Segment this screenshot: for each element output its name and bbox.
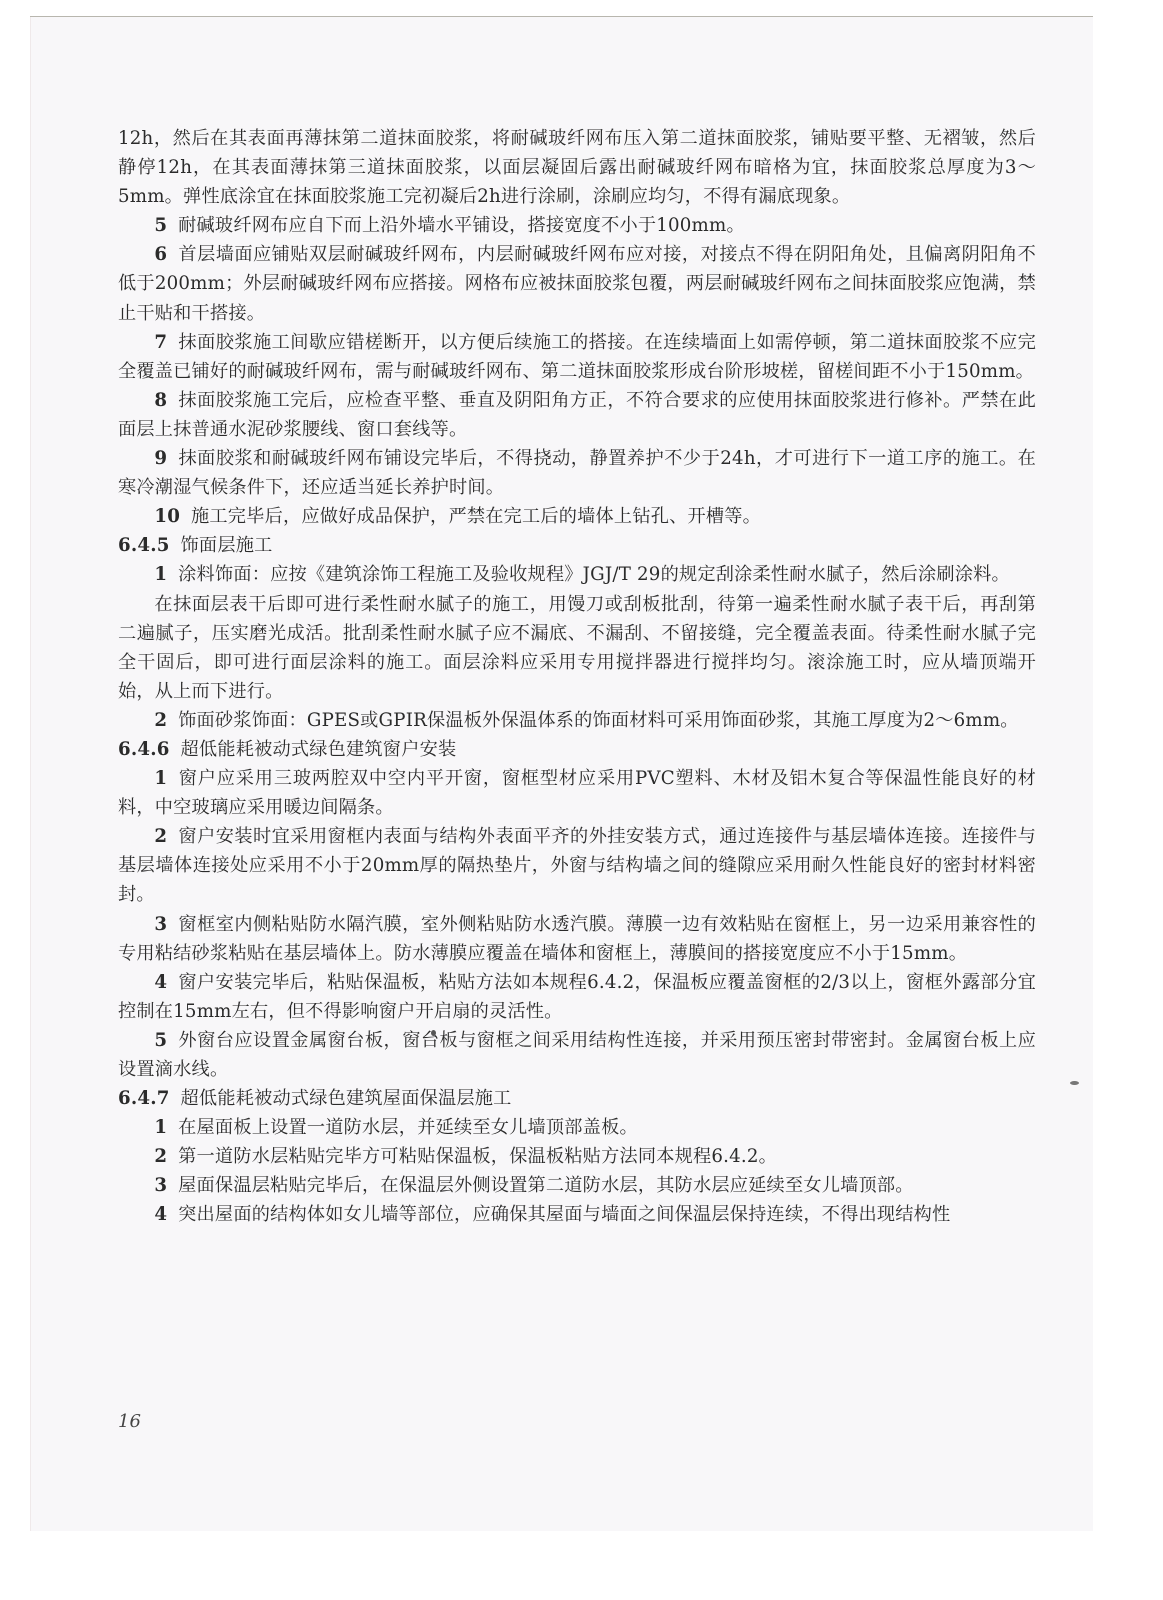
clause-text: 在屋面板上设置一道防水层，并延续至女儿墙顶部盖板。 <box>178 1117 638 1138</box>
clause-item-5: 5外窗台应设置金属窗台板，窗台板与窗框之间采用结构性连接，并采用预压密封带密封。… <box>118 1026 1036 1084</box>
clause-number: 5 <box>154 215 167 236</box>
scan-speck <box>1070 1081 1079 1085</box>
clause-item-9: 9抹面胶浆和耐碱玻纤网布铺设完毕后，不得挠动，静置养护不少于24h，才可进行下一… <box>118 444 1036 502</box>
clause-item-2: 2窗户安装时宜采用窗框内表面与结构外表面平齐的外挂安装方式，通过连接件与基层墙体… <box>118 822 1036 909</box>
page-body: 12h，然后在其表面再薄抹第二道抹面胶浆，将耐碱玻纤网布压入第二道抹面胶浆，铺贴… <box>118 124 1036 1230</box>
section-title: 超低能耗被动式绿色建筑屋面保温层施工 <box>181 1088 512 1109</box>
paragraph-text: 在抹面层表干后即可进行柔性耐水腻子的施工，用馒刀或刮板批刮，待第一遍柔性耐水腻子… <box>118 594 1036 702</box>
paragraph-text: 12h，然后在其表面再薄抹第二道抹面胶浆，将耐碱玻纤网布压入第二道抹面胶浆，铺贴… <box>118 128 1036 207</box>
clause-number: 3 <box>154 1175 167 1196</box>
clause-number: 1 <box>154 564 167 585</box>
section-number: 6.4.7 <box>118 1088 170 1109</box>
clause-text: 抹面胶浆施工间歇应错槎断开，以方便后续施工的搭接。在连续墙面上如需停顿，第二道抹… <box>118 332 1036 382</box>
clause-number: 2 <box>154 710 167 731</box>
scan-speck <box>431 1030 436 1036</box>
clause-item-6: 6首层墙面应铺贴双层耐碱玻纤网布，内层耐碱玻纤网布应对接，对接点不得在阴阳角处，… <box>118 240 1036 327</box>
clause-number: 1 <box>154 768 167 789</box>
clause-text: 突出屋面的结构体如女儿墙等部位，应确保其屋面与墙面之间保温层保持连续，不得出现结… <box>178 1204 950 1225</box>
clause-item-5: 5耐碱玻纤网布应自下而上沿外墙水平铺设，搭接宽度不小于100mm。 <box>118 211 1036 240</box>
clause-number: 10 <box>154 506 180 527</box>
clause-number: 6 <box>154 244 167 265</box>
clause-text: 施工完毕后，应做好成品保护，严禁在完工后的墙体上钻孔、开槽等。 <box>191 506 761 527</box>
section-number: 6.4.5 <box>118 535 170 556</box>
clause-text: 抹面胶浆和耐碱玻纤网布铺设完毕后，不得挠动，静置养护不少于24h，才可进行下一道… <box>118 448 1036 498</box>
clause-item-1: 1在屋面板上设置一道防水层，并延续至女儿墙顶部盖板。 <box>118 1113 1036 1142</box>
clause-item-2: 2第一道防水层粘贴完毕方可粘贴保温板，保温板粘贴方法同本规程6.4.2。 <box>118 1142 1036 1171</box>
clause-text: 窗户应采用三玻两腔双中空内平开窗，窗框型材应采用PVC塑料、木材及铝木复合等保温… <box>118 768 1036 818</box>
clause-text: 涂料饰面：应按《建筑涂饰工程施工及验收规程》JGJ/T 29的规定刮涂柔性耐水腻… <box>178 564 1010 585</box>
clause-item-3: 3窗框室内侧粘贴防水隔汽膜，室外侧粘贴防水透汽膜。薄膜一边有效粘贴在窗框上，另一… <box>118 910 1036 968</box>
section-title: 超低能耗被动式绿色建筑窗户安装 <box>181 739 457 760</box>
clause-text: 窗户安装时宜采用窗框内表面与结构外表面平齐的外挂安装方式，通过连接件与基层墙体连… <box>118 826 1036 905</box>
clause-item-1: 1窗户应采用三玻两腔双中空内平开窗，窗框型材应采用PVC塑料、木材及铝木复合等保… <box>118 764 1036 822</box>
continuation-paragraph: 12h，然后在其表面再薄抹第二道抹面胶浆，将耐碱玻纤网布压入第二道抹面胶浆，铺贴… <box>118 124 1036 211</box>
clause-item-1: 1涂料饰面：应按《建筑涂饰工程施工及验收规程》JGJ/T 29的规定刮涂柔性耐水… <box>118 560 1036 589</box>
clause-number: 8 <box>154 390 167 411</box>
clause-text: 饰面砂浆饰面：GPES或GPIR保温板外保温体系的饰面材料可采用饰面砂浆，其施工… <box>178 710 1019 731</box>
clause-number: 3 <box>154 914 167 935</box>
body-paragraph: 在抹面层表干后即可进行柔性耐水腻子的施工，用馒刀或刮板批刮，待第一遍柔性耐水腻子… <box>118 590 1036 706</box>
clause-number: 9 <box>154 448 167 469</box>
clause-item-2: 2饰面砂浆饰面：GPES或GPIR保温板外保温体系的饰面材料可采用饰面砂浆，其施… <box>118 706 1036 735</box>
section-title: 饰面层施工 <box>181 535 273 556</box>
section-number: 6.4.6 <box>118 739 170 760</box>
clause-text: 屋面保温层粘贴完毕后，在保温层外侧设置第二道防水层，其防水层应延续至女儿墙顶部。 <box>178 1175 914 1196</box>
clause-item-4: 4窗户安装完毕后，粘贴保温板，粘贴方法如本规程6.4.2，保温板应覆盖窗框的2/… <box>118 968 1036 1026</box>
scanned-page: 12h，然后在其表面再薄抹第二道抹面胶浆，将耐碱玻纤网布压入第二道抹面胶浆，铺贴… <box>30 16 1093 1531</box>
clause-number: 5 <box>154 1030 167 1051</box>
clause-item-7: 7抹面胶浆施工间歇应错槎断开，以方便后续施工的搭接。在连续墙面上如需停顿，第二道… <box>118 328 1036 386</box>
clause-number: 1 <box>154 1117 167 1138</box>
section-heading-6-4-7: 6.4.7超低能耗被动式绿色建筑屋面保温层施工 <box>118 1084 1036 1113</box>
clause-text: 首层墙面应铺贴双层耐碱玻纤网布，内层耐碱玻纤网布应对接，对接点不得在阴阳角处，且… <box>118 244 1036 323</box>
clause-text: 第一道防水层粘贴完毕方可粘贴保温板，保温板粘贴方法同本规程6.4.2。 <box>178 1146 777 1167</box>
clause-number: 7 <box>154 332 167 353</box>
clause-number: 4 <box>154 972 167 993</box>
clause-item-8: 8抹面胶浆施工完后，应检查平整、垂直及阴阳角方正，不符合要求的应使用抹面胶浆进行… <box>118 386 1036 444</box>
clause-text: 耐碱玻纤网布应自下而上沿外墙水平铺设，搭接宽度不小于100mm。 <box>178 215 745 236</box>
clause-item-3: 3屋面保温层粘贴完毕后，在保温层外侧设置第二道防水层，其防水层应延续至女儿墙顶部… <box>118 1171 1036 1200</box>
clause-item-4: 4突出屋面的结构体如女儿墙等部位，应确保其屋面与墙面之间保温层保持连续，不得出现… <box>118 1200 1036 1229</box>
clause-item-10: 10施工完毕后，应做好成品保护，严禁在完工后的墙体上钻孔、开槽等。 <box>118 502 1036 531</box>
clause-text: 抹面胶浆施工完后，应检查平整、垂直及阴阳角方正，不符合要求的应使用抹面胶浆进行修… <box>118 390 1036 440</box>
clause-number: 2 <box>154 826 167 847</box>
clause-text: 窗框室内侧粘贴防水隔汽膜，室外侧粘贴防水透汽膜。薄膜一边有效粘贴在窗框上，另一边… <box>118 914 1036 964</box>
page-number: 16 <box>118 1411 141 1432</box>
clause-number: 4 <box>154 1204 167 1225</box>
clause-number: 2 <box>154 1146 167 1167</box>
clause-text: 外窗台应设置金属窗台板，窗台板与窗框之间采用结构性连接，并采用预压密封带密封。金… <box>118 1030 1036 1080</box>
clause-text: 窗户安装完毕后，粘贴保温板，粘贴方法如本规程6.4.2，保温板应覆盖窗框的2/3… <box>118 972 1036 1022</box>
section-heading-6-4-5: 6.4.5饰面层施工 <box>118 531 1036 560</box>
section-heading-6-4-6: 6.4.6超低能耗被动式绿色建筑窗户安装 <box>118 735 1036 764</box>
